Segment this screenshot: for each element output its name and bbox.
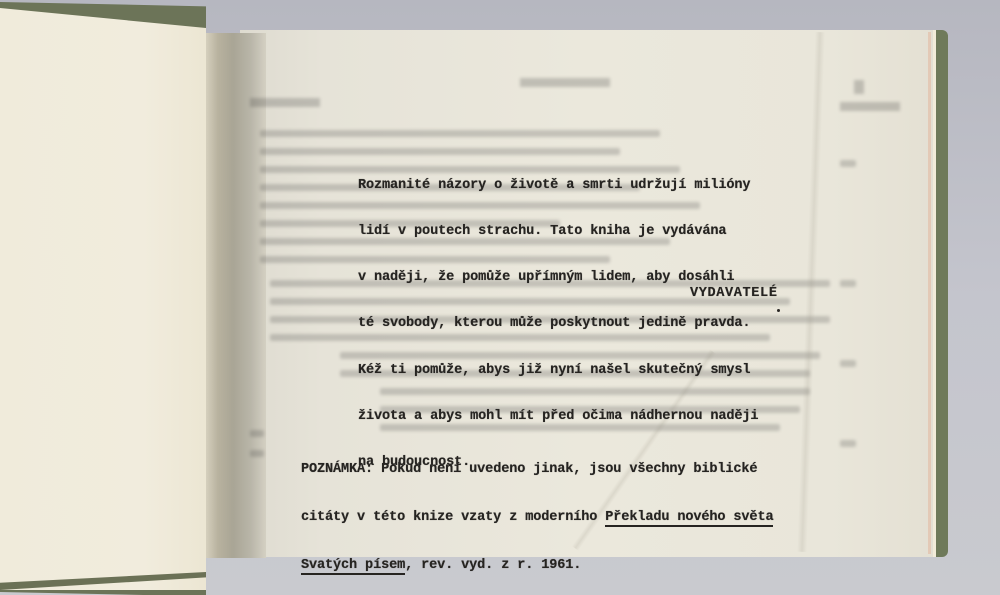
- foreword-line: života a abys mohl mít před očima nádher…: [358, 409, 758, 424]
- underlined-title: Překladu nového světa: [605, 510, 773, 527]
- note-line-2: citáty v této knize vzaty z moderního Př…: [301, 510, 773, 526]
- note-paragraph: POZNÁMKA: Pokud není uvedeno jinak, jsou…: [301, 430, 773, 590]
- note-label: POZNÁMKA:: [301, 462, 373, 477]
- left-blank-page: [0, 8, 206, 590]
- page-edge: [928, 32, 931, 554]
- book-gutter: [206, 33, 266, 558]
- note-text: citáty v této knize vzaty z moderního: [301, 510, 605, 525]
- foreword-line: v naději, že pomůže upřímným lidem, aby …: [358, 270, 758, 285]
- note-line-3: Svatých písem, rev. vyd. z r. 1961.: [301, 558, 773, 574]
- foreword-line: Kéž ti pomůže, abys již nyní našel skute…: [358, 363, 758, 378]
- foreword-line: lidí v poutech strachu. Tato kniha je vy…: [358, 224, 758, 239]
- foreword-line: té svobody, kterou může poskytnout jedin…: [358, 316, 758, 331]
- ink-dot: [777, 309, 780, 312]
- foreword-line: Rozmanité názory o životě a smrti udržuj…: [358, 178, 758, 193]
- note-line-1: POZNÁMKA: Pokud není uvedeno jinak, jsou…: [301, 462, 773, 478]
- note-text: , rev. vyd. z r. 1961.: [405, 558, 581, 573]
- note-text: Pokud není uvedeno jinak, jsou všechny b…: [373, 462, 757, 477]
- underlined-title: Svatých písem: [301, 558, 405, 575]
- publishers-signature: VYDAVATELÉ: [690, 286, 778, 301]
